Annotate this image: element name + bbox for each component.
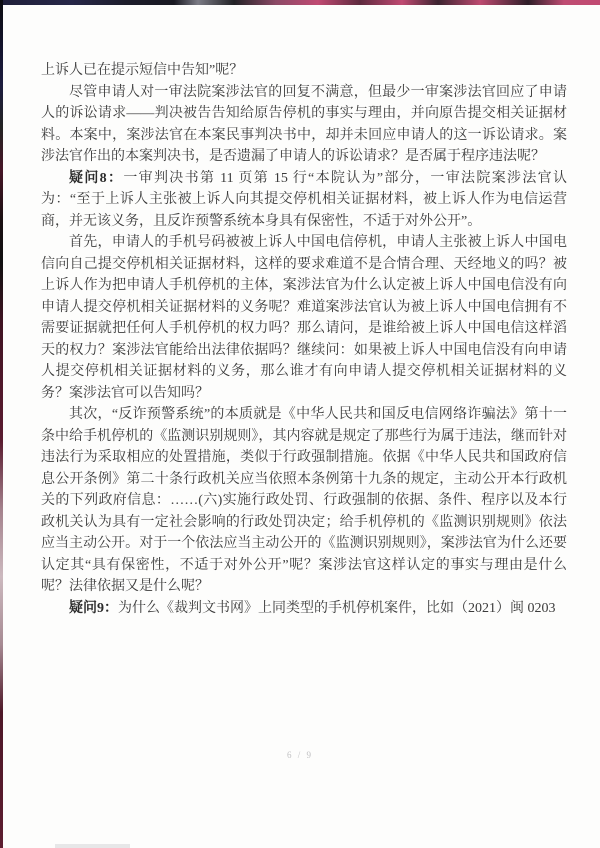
paragraph-secondly: 其次，“反诈预警系统”的本质就是《中华人民共和国反电信网络诈骗法》第十一条中给手… bbox=[41, 404, 567, 598]
question-9-label: 疑问9： bbox=[69, 601, 118, 616]
paragraph-despite-reply: 尽管申请人对一审法院案涉法官的回复不满意，但最少一审案涉法官回应了申请人的诉讼请… bbox=[41, 82, 567, 168]
scan-artifact-left-edge bbox=[0, 0, 3, 848]
paragraph-question-9: 疑问9：为什么《裁判文书网》上同类型的手机停机案件，比如（2021）闽 0203 bbox=[41, 598, 567, 620]
paragraph-firstly: 首先，申请人的手机号码被被上诉人中国电信停机，申请人主张被上诉人中国电信向自己提… bbox=[41, 232, 567, 404]
paragraph-question-8: 疑问8：一审判决书第 11 页第 15 行“本院认为”部分，一审法院案涉法官认为… bbox=[41, 168, 567, 233]
question-9-text: 为什么《裁判文书网》上同类型的手机停机案件，比如（2021）闽 0203 bbox=[118, 601, 556, 616]
question-8-label: 疑问8： bbox=[69, 171, 123, 186]
paragraph-continuation: 上诉人已在提示短信中告知”呢？ bbox=[41, 60, 567, 82]
scanned-document-page: 上诉人已在提示短信中告知”呢？ 尽管申请人对一审法院案涉法官的回复不满意，但最少… bbox=[0, 0, 600, 848]
scan-artifact-bottom-smudge bbox=[55, 844, 130, 848]
document-body: 上诉人已在提示短信中告知”呢？ 尽管申请人对一审法院案涉法官的回复不满意，但最少… bbox=[41, 60, 567, 619]
scan-artifact-top-strip bbox=[0, 0, 600, 5]
page-number: 6 / 9 bbox=[0, 750, 600, 760]
